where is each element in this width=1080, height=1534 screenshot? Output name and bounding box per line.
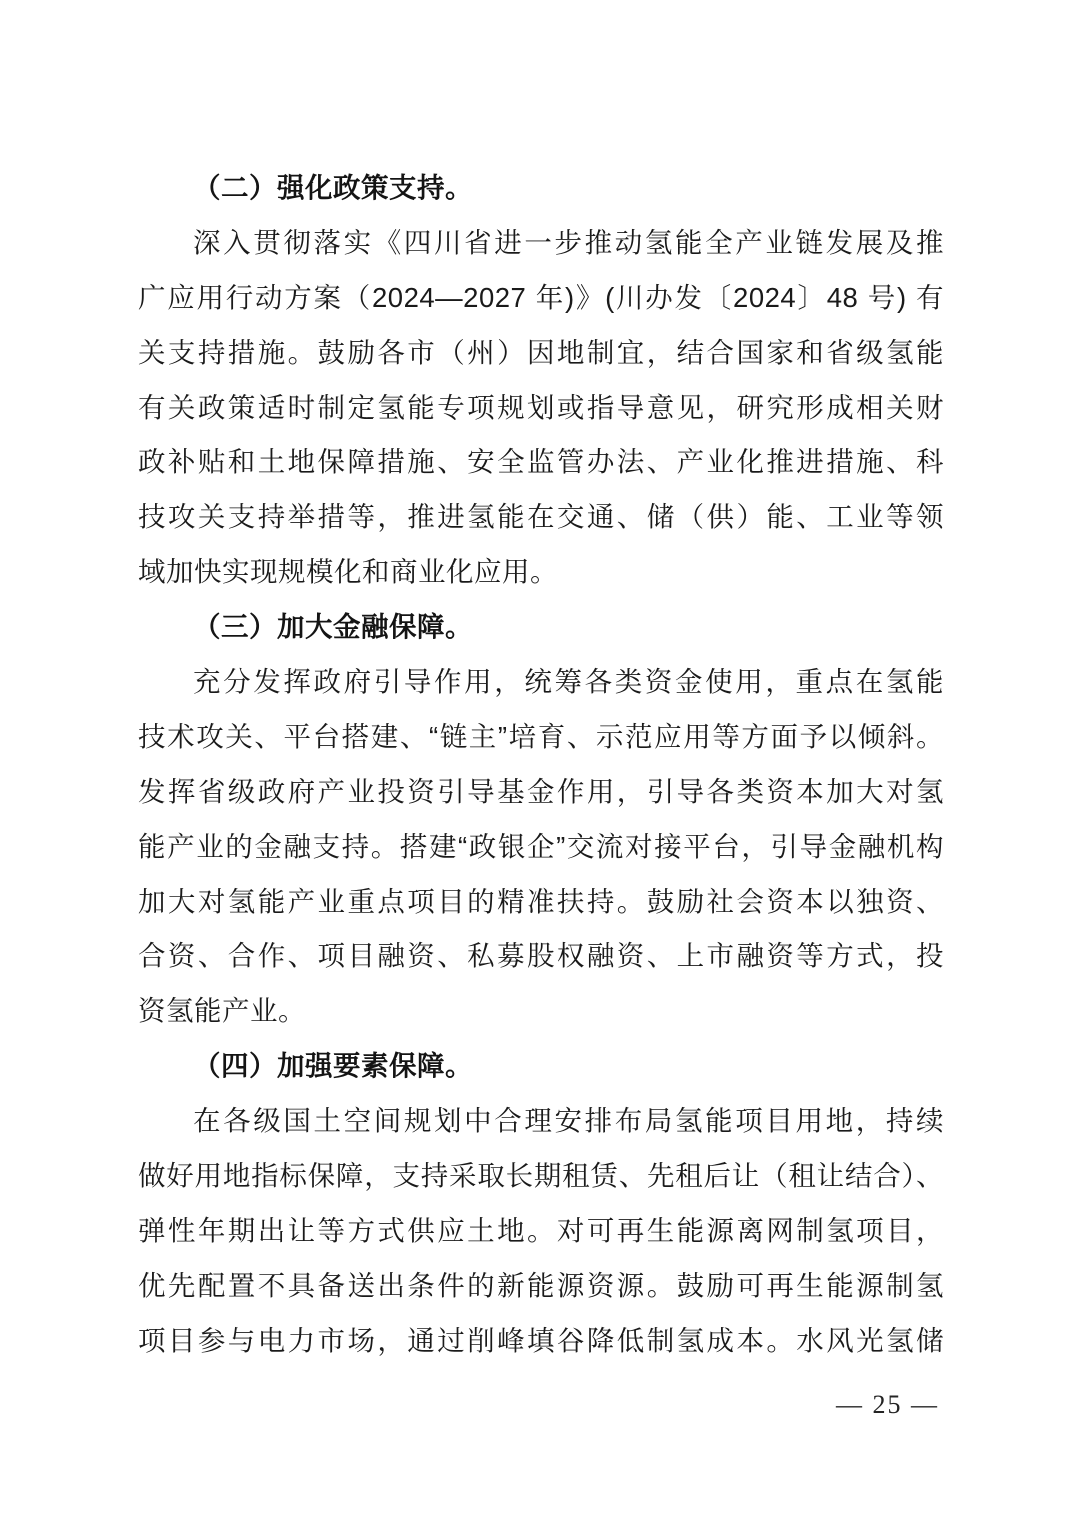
- text-line: 有关政策适时制定氢能专项规划或指导意见，研究形成相关财: [138, 381, 944, 436]
- section-heading: （三）加大金融保障。: [138, 600, 944, 655]
- text-line: 合资、合作、项目融资、私募股权融资、上市融资等方式，投: [138, 929, 944, 984]
- text-line: 项目参与电力市场，通过削峰填谷降低制氢成本。水风光氢储: [138, 1314, 944, 1369]
- document-text-block: （二）强化政策支持。 深入贯彻落实《四川省进一步推动氢能全产业链发展及推 广应用…: [138, 161, 944, 1369]
- text-line: 在各级国土空间规划中合理安排布局氢能项目用地，持续: [138, 1094, 944, 1149]
- page-number: — 25 —: [836, 1390, 939, 1420]
- text-line: 弹性年期出让等方式供应土地。对可再生能源离网制氢项目，: [138, 1204, 944, 1259]
- section-heading: （二）强化政策支持。: [138, 161, 944, 216]
- text-line: 关支持措施。鼓励各市（州）因地制宜，结合国家和省级氢能: [138, 326, 944, 381]
- text-line: 加大对氢能产业重点项目的精准扶持。鼓励社会资本以独资、: [138, 875, 944, 930]
- text-line: 资氢能产业。: [138, 984, 944, 1039]
- text-line: 技攻关支持举措等，推进氢能在交通、储（供）能、工业等领: [138, 490, 944, 545]
- text-line: 广应用行动方案（2024—2027 年)》(川办发〔2024〕48 号) 有: [138, 271, 944, 326]
- section-heading: （四）加强要素保障。: [138, 1039, 944, 1094]
- text-line: 深入贯彻落实《四川省进一步推动氢能全产业链发展及推: [138, 216, 944, 271]
- text-line: 政补贴和土地保障措施、安全监管办法、产业化推进措施、科: [138, 435, 944, 490]
- text-line: 域加快实现规模化和商业化应用。: [138, 545, 944, 600]
- text-line: 优先配置不具备送出条件的新能源资源。鼓励可再生能源制氢: [138, 1259, 944, 1314]
- text-line: 充分发挥政府引导作用，统筹各类资金使用，重点在氢能: [138, 655, 944, 710]
- text-line: 技术攻关、平台搭建、“链主”培育、示范应用等方面予以倾斜。: [138, 710, 944, 765]
- document-page: （二）强化政策支持。 深入贯彻落实《四川省进一步推动氢能全产业链发展及推 广应用…: [0, 0, 1080, 1534]
- text-line: 能产业的金融支持。搭建“政银企”交流对接平台，引导金融机构: [138, 820, 944, 875]
- text-line: 发挥省级政府产业投资引导基金作用，引导各类资本加大对氢: [138, 765, 944, 820]
- text-line: 做好用地指标保障，支持采取长期租赁、先租后让（租让结合）、: [138, 1149, 944, 1204]
